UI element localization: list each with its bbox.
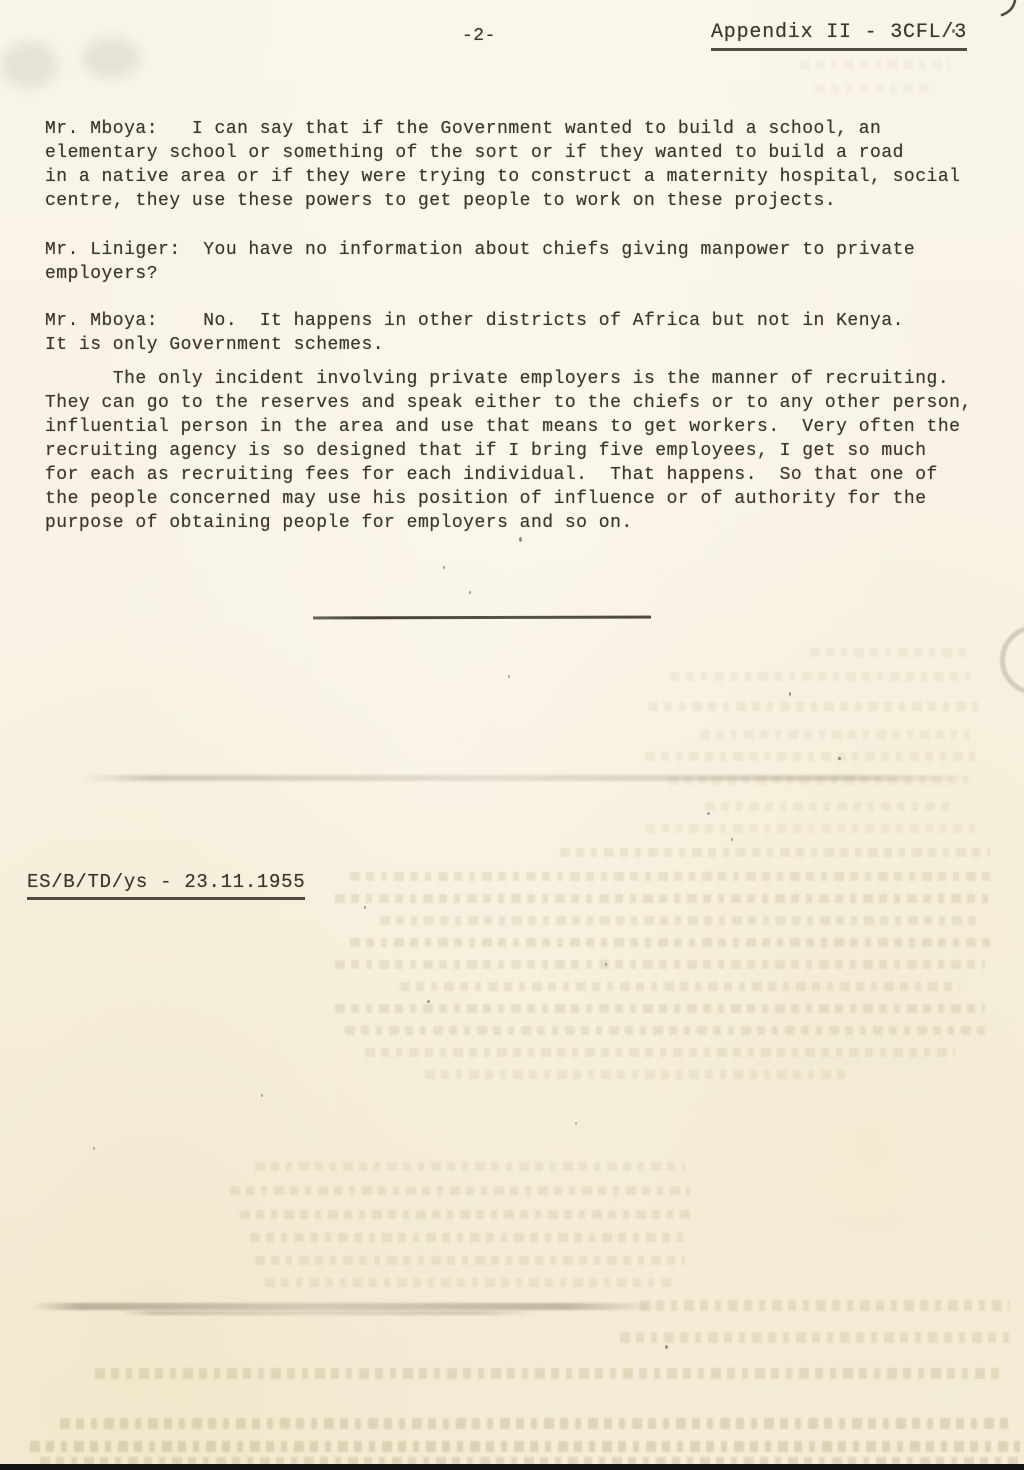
bleed-through-line: [350, 938, 990, 947]
paragraph-mboya-statement-2: Mr. Mboya: No. It happens in other distr…: [45, 309, 904, 357]
bleed-through-line: [705, 802, 955, 811]
ink-speck: [838, 757, 841, 760]
bleed-through-line: [645, 752, 975, 761]
ink-speck: [952, 29, 955, 33]
pen-mark: [996, 0, 1020, 24]
hole-punch-shadow: [1000, 625, 1024, 695]
corner-smudge: [82, 38, 140, 78]
ink-speck: [508, 675, 510, 678]
bleed-through-line: [560, 848, 990, 857]
bleed-through-line: [335, 1004, 985, 1013]
ink-speck: [605, 963, 607, 966]
ink-speck: [261, 1094, 263, 1097]
scanned-document-page: -2- Appendix II - 3CFL/3 Mr. Mboya: I ca…: [0, 0, 1024, 1470]
bleed-through-line: [815, 84, 935, 93]
bleed-through-line: [265, 1278, 675, 1287]
ink-speck: [519, 537, 522, 542]
bleed-through-line: [645, 824, 975, 833]
scan-edge-bar: [0, 1464, 1024, 1470]
bleed-through-line: [30, 1441, 1020, 1452]
ink-speck: [364, 906, 366, 909]
bleed-through-line: [335, 894, 990, 903]
bleed-through-line: [670, 672, 970, 681]
bleed-through-line: [345, 1026, 985, 1035]
ink-speck: [665, 1345, 668, 1349]
reference-line: ES/B/TD/ys - 23.11.1955: [27, 870, 305, 900]
bleed-through-line: [255, 1256, 685, 1265]
bleed-through-line: [335, 960, 985, 969]
bleed-through-line: [810, 648, 970, 657]
ink-speck: [789, 692, 791, 696]
bleed-through-line: [668, 776, 968, 785]
ink-speck: [575, 1122, 577, 1125]
bleed-through-line: [640, 1300, 1010, 1311]
ink-speck: [443, 566, 445, 569]
end-of-text-divider: [313, 616, 651, 620]
bleed-through-line: [350, 872, 990, 881]
ink-speck: [93, 1147, 95, 1150]
ink-speck: [427, 1000, 430, 1003]
bleed-through-line: [425, 1070, 845, 1079]
bleed-through-line: [800, 60, 950, 69]
bleed-through-line: [60, 1418, 1010, 1429]
ink-speck: [469, 591, 471, 594]
bleed-through-line: [620, 1332, 1010, 1343]
bleed-through-line: [255, 1162, 685, 1171]
paragraph-liniger-question: Mr. Liniger: You have no information abo…: [45, 238, 915, 286]
corner-smudge: [2, 42, 57, 88]
bleed-through-line: [250, 1233, 690, 1242]
ink-speck: [707, 812, 710, 815]
bleed-through-line: [365, 1048, 955, 1057]
bleed-through-line: [648, 702, 978, 711]
bleed-through-line: [95, 1368, 1000, 1379]
paragraph-mboya-statement-1: Mr. Mboya: I can say that if the Governm…: [45, 117, 960, 213]
scan-smudge-line: [120, 1311, 540, 1315]
bleed-through-line: [380, 916, 980, 925]
ink-speck: [731, 838, 733, 841]
page-number: -2-: [462, 24, 496, 48]
appendix-reference: Appendix II - 3CFL/3: [711, 20, 967, 51]
bleed-through-line: [230, 1186, 690, 1195]
scan-smudge-line: [30, 1303, 660, 1310]
bleed-through-line: [240, 1210, 690, 1219]
bleed-through-line: [700, 730, 970, 739]
bleed-through-line: [400, 982, 960, 991]
paragraph-mboya-continuation: The only incident involving private empl…: [45, 367, 972, 535]
